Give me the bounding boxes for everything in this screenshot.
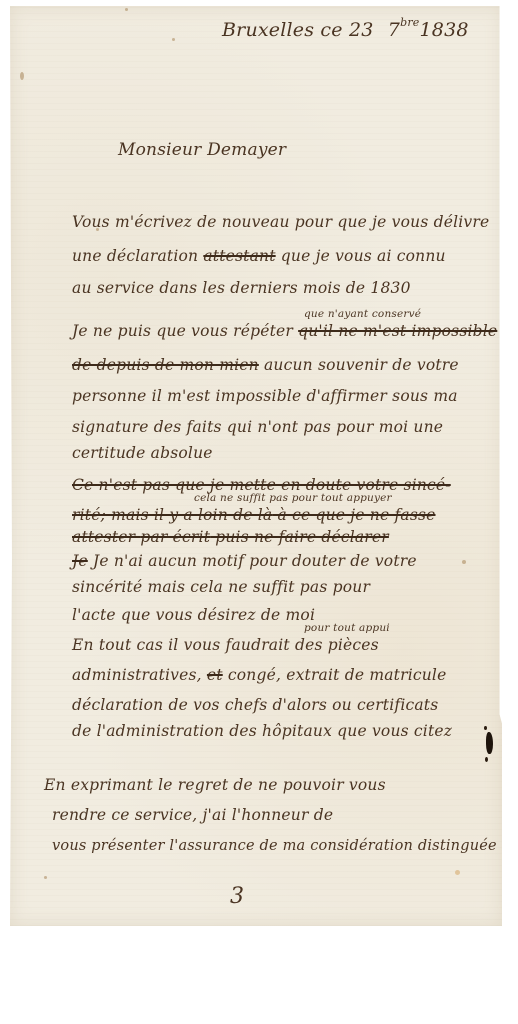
body-line-8: certitude absolue	[72, 444, 213, 462]
closing-line-2: rendre ce service, j'ai l'honneur de	[52, 806, 333, 824]
month: 7	[388, 19, 400, 41]
body-line-10: cela ne suffit pas pour tout appuyer rit…	[72, 506, 436, 524]
paper-speck	[455, 870, 460, 875]
place-date: Bruxelles ce 23	[222, 19, 374, 41]
struck-text: de depuis de mon mien	[72, 356, 259, 374]
paper-speck	[172, 38, 175, 41]
body-line-11: attester par écrit puis ne faire déclare…	[72, 528, 389, 546]
paper-speck	[462, 560, 466, 564]
closing-line-3: vous présenter l'assurance de ma considé…	[52, 838, 497, 854]
struck-text: à ce que je ne fasse	[272, 506, 435, 524]
interlinear-insertion: que n'ayant conservé	[304, 308, 421, 320]
interlinear-insertion: pour tout appui	[304, 622, 390, 634]
body-line-2: une déclaration attestant que je vous ai…	[72, 247, 446, 265]
closing-line-1: En exprimant le regret de ne pouvoir vou…	[44, 776, 386, 794]
struck-text: attester	[72, 528, 140, 546]
body-line-15: pour tout appui En tout cas il vous faud…	[72, 636, 379, 654]
paper-speck	[20, 72, 24, 80]
body-line-3: au service dans les derniers mois de 183…	[72, 279, 411, 297]
paper-speck	[44, 876, 47, 879]
body-line-14: l'acte que vous désirez de moi	[72, 606, 315, 624]
body-line-18: de l'administration des hôpitaux que vou…	[72, 722, 452, 740]
paper-speck	[125, 8, 128, 11]
interlinear-insertion: cela ne suffit pas pour tout appuyer	[194, 492, 392, 504]
struck-text: Je	[72, 552, 88, 570]
body-line-5: de depuis de mon mien aucun souvenir de …	[72, 356, 459, 374]
ink-blot	[486, 732, 493, 754]
struck-text: puis ne faire déclarer	[210, 528, 389, 546]
ink-blot	[484, 726, 487, 730]
date-line: Bruxelles ce 23 7bre1838	[222, 16, 469, 41]
body-line-12: Je Je n'ai aucun motif pour douter de vo…	[72, 552, 417, 570]
struck-text: attestant	[203, 247, 275, 265]
body-line-17: déclaration de vos chefs d'alors ou cert…	[72, 696, 438, 714]
body-line-7: signature des faits qui n'ont pas pour m…	[72, 418, 443, 436]
struck-text: et	[207, 666, 223, 684]
year: 1838	[420, 19, 469, 41]
struck-text: qu'il ne m'est impossible	[298, 322, 497, 340]
body-line-16: administratives, et congé, extrait de ma…	[72, 666, 446, 684]
struck-text: rité; mais il y a loin de là	[72, 506, 272, 524]
ink-blot	[485, 757, 488, 762]
page-mark: 3	[230, 884, 244, 909]
struck-text: par écrit	[140, 528, 210, 546]
month-superscript: bre	[400, 16, 419, 29]
body-line-4: que n'ayant conservé Je ne puis que vous…	[72, 322, 497, 340]
body-line-6: personne il m'est impossible d'affirmer …	[72, 387, 458, 405]
salutation: Monsieur Demayer	[118, 140, 286, 160]
body-line-1: Vous m'écrivez de nouveau pour que je vo…	[72, 213, 489, 231]
body-line-13: sincérité mais cela ne suffit pas pour	[72, 578, 370, 596]
